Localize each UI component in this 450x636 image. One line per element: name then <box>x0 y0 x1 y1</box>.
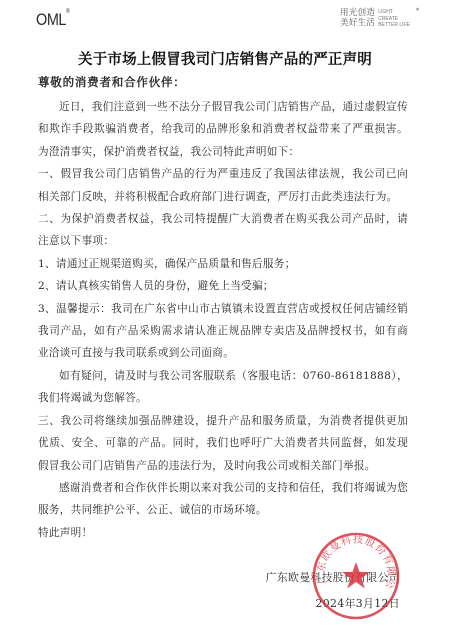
clause-three: 三、我公司将继续加强品牌建设，提升产品和服务质量，为消费者提供更加优质、安全、可… <box>38 410 408 477</box>
brand-slogan: 用光创造 美好生活 LIGHT CREATE BETTER LIFE * <box>340 8 419 29</box>
notice-item-1: 1、请通过正规渠道购买，确保产品质量和售后服务； <box>38 253 408 275</box>
thanks-paragraph: 感谢消费者和合作伙伴长期以来对我公司的支持和信任，我们将竭诚为您服务，共同维护公… <box>38 477 408 522</box>
document-title: 关于市场上假冒我司门店销售产品的严正声明 <box>0 48 450 69</box>
slogan-en-line3: BETTER LIFE <box>378 22 410 29</box>
clause-two: 二、为保护消费者权益，我公司特提醒广大消费者在购买我公司产品时，请注意以下事项： <box>38 208 408 253</box>
seal-graphic: 广东欧曼科技股份有限公司 <box>310 530 402 622</box>
star-icon <box>342 562 370 589</box>
registered-mark: ® <box>66 9 69 15</box>
contact-paragraph: 如有疑问，请及时与我公司客服联系（客服电话：0760-86181888），我们将… <box>38 365 408 410</box>
company-logo: OML® <box>36 10 69 30</box>
document-body: 近日，我们注意到一些不法分子假冒我公司门店销售产品，通过虚假宣传和欺诈手段欺骗消… <box>38 96 408 544</box>
logo-text: OML <box>36 10 66 29</box>
letterhead: OML® 用光创造 美好生活 LIGHT CREATE BETTER LIFE … <box>0 0 450 36</box>
slogan-chinese: 用光创造 美好生活 <box>340 8 375 28</box>
notice-item-2: 2、请认真核实销售人员的身份，避免上当受骗； <box>38 275 408 297</box>
slogan-cn-line1: 用光创造 <box>340 8 375 18</box>
slogan-cn-line2: 美好生活 <box>340 18 375 28</box>
slogan-mark-icon: * <box>416 8 420 15</box>
salutation: 尊敬的消费者和合作伙伴： <box>38 74 186 90</box>
notice-item-3: 3、温馨提示：我司在广东省中山市古镇镇未设置直营店或授权任何店铺经销我司产品，如… <box>38 298 408 365</box>
slogan-english: LIGHT CREATE BETTER LIFE <box>378 9 410 29</box>
intro-paragraph: 近日，我们注意到一些不法分子假冒我公司门店销售产品，通过虚假宣传和欺诈手段欺骗消… <box>38 96 408 163</box>
company-seal: 广东欧曼科技股份有限公司 <box>310 530 402 622</box>
clause-one: 一、假冒我公司门店销售产品的行为严重违反了我国法律法规，我公司已向相关部门反映，… <box>38 163 408 208</box>
